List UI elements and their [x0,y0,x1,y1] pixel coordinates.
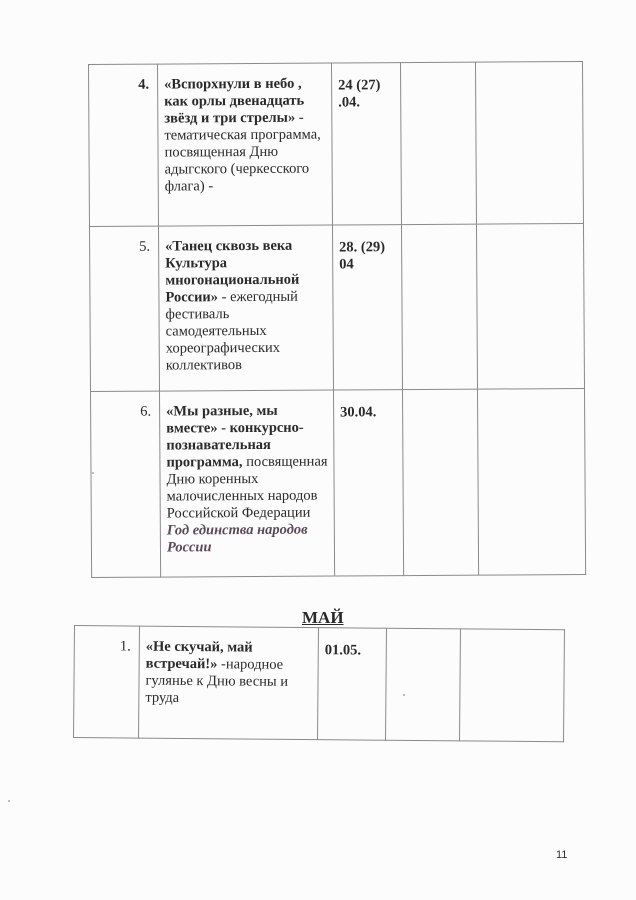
empty-cell [476,223,584,389]
empty-cell [475,61,583,224]
table-row: 4. «Вспорхнули в небо , как орлы двенадц… [89,61,584,226]
month-heading: МАЙ [302,608,344,628]
table-row: 1. «Не скучай, май встречай!» -народное … [74,626,565,742]
may-events-table: 1. «Не скучай, май встречай!» -народное … [73,625,565,742]
event-date: 24 (27) .04. [331,63,401,225]
page-number: 11 [556,849,567,861]
empty-cell [477,388,585,575]
row-number: 1. [74,626,140,739]
event-description: «Мы разные, мы вместе» - конкурсно-позна… [159,390,334,577]
scan-speck [403,694,405,696]
event-date: 30.04. [333,390,403,576]
empty-cell [400,62,476,224]
event-description: «Танец сквозь века Культура многонациона… [158,225,333,391]
event-description: «Не скучай, май встречай!» -народное гул… [139,626,319,740]
empty-cell [460,629,565,742]
empty-cell [402,389,478,575]
event-note: Год единства народов России [167,522,330,557]
event-date: 28. (29) 04 [332,225,402,390]
scan-speck [8,800,10,802]
empty-cell [386,628,461,741]
row-number: 4. [89,64,159,226]
event-date: 01.05. [318,628,387,741]
event-description: «Вспорхнули в небо , как орлы двенадцать… [158,63,333,226]
empty-cell [401,224,477,389]
table-row: 6. «Мы разные, мы вместе» - конкурсно-по… [91,388,586,577]
event-title: «Вспорхнули в небо , как орлы двенадцать… [164,76,304,127]
table-row: 5. «Танец сквозь века Культура многонаци… [89,223,584,391]
row-number: 6. [91,391,161,577]
scan-speck [92,472,94,474]
april-events-table: 4. «Вспорхнули в небо , как орлы двенадц… [88,61,586,578]
row-number: 5. [89,226,159,391]
